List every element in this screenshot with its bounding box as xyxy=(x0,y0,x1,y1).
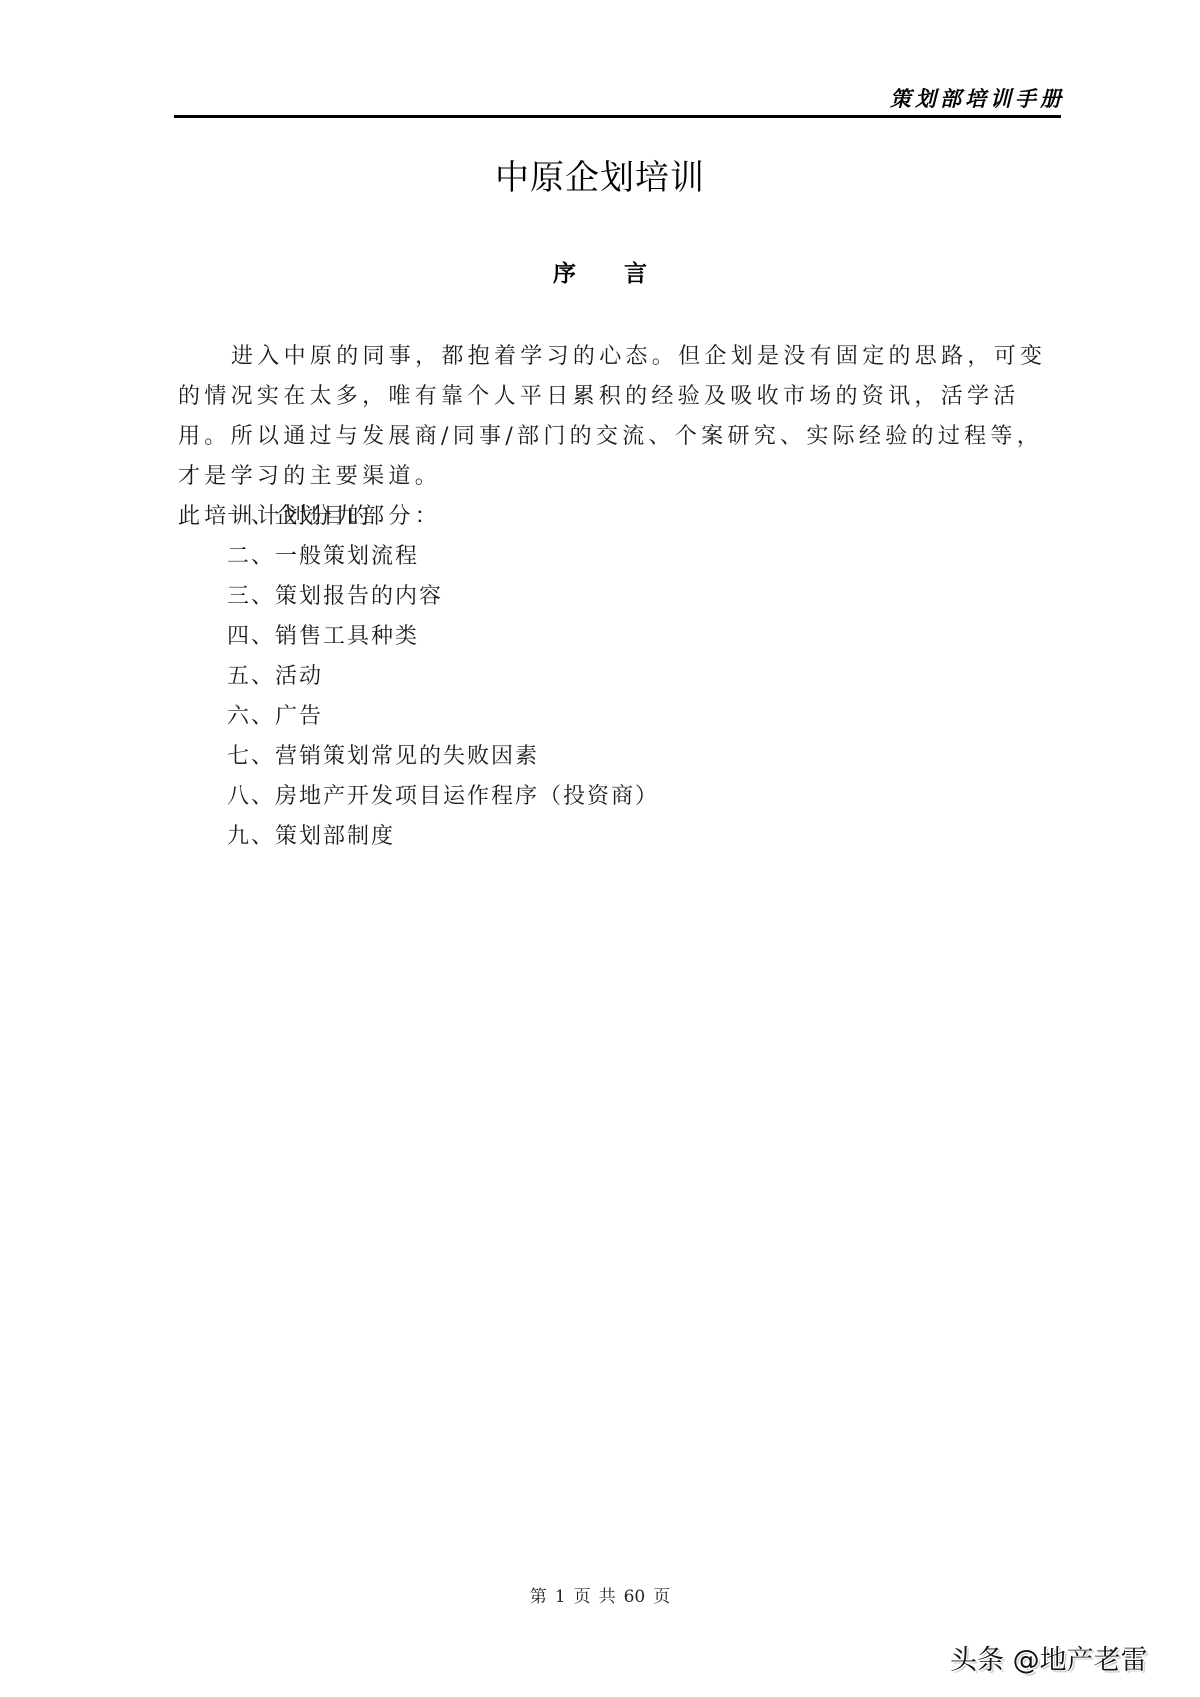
list-item-part-4: 四、销售工具种类 xyxy=(227,617,659,657)
footer-total-word: 共 xyxy=(599,1587,616,1607)
footer-suffix: 页 xyxy=(653,1587,670,1607)
training-parts-list: 一、企划目的 二、一般策划流程 三、策划报告的内容 四、销售工具种类 五、活动 … xyxy=(227,497,659,857)
footer-prefix: 第 xyxy=(530,1587,547,1607)
footer-page-word: 页 xyxy=(574,1587,591,1607)
list-item-part-3: 三、策划报告的内容 xyxy=(227,577,659,617)
list-item-part-5: 五、活动 xyxy=(227,657,659,697)
list-item-part-7: 七、营销策划常见的失败因素 xyxy=(227,737,659,777)
footer-current-page: 1 xyxy=(555,1587,566,1607)
watermark-text: 头条 @地产老雷 xyxy=(950,1638,1148,1677)
document-page: 策划部培训手册 中原企划培训 序言 进入中原的同事，都抱着学习的心态。但企划是没… xyxy=(0,0,1200,1697)
list-item-part-6: 六、广告 xyxy=(227,697,659,737)
intro-paragraph: 进入中原的同事，都抱着学习的心态。但企划是没有固定的思路，可变的情况实在太多，唯… xyxy=(178,337,1058,497)
preface-heading: 序言 xyxy=(0,255,1200,288)
list-item-part-2: 二、一般策划流程 xyxy=(227,537,659,577)
preface-heading-char-1: 序 xyxy=(553,255,576,288)
running-header-title: 策划部培训手册 xyxy=(890,83,1065,113)
list-item-part-8: 八、房地产开发项目运作程序（投资商） xyxy=(227,777,659,817)
preface-heading-char-2: 言 xyxy=(624,255,647,288)
document-title: 中原企划培训 xyxy=(0,150,1200,199)
header-rule-divider xyxy=(174,115,1061,118)
list-item-part-9: 九、策划部制度 xyxy=(227,817,659,857)
list-item-part-1: 一、企划目的 xyxy=(227,497,659,537)
footer-total-pages: 60 xyxy=(624,1587,646,1607)
page-number-footer: 第1页共60页 xyxy=(0,1582,1200,1607)
